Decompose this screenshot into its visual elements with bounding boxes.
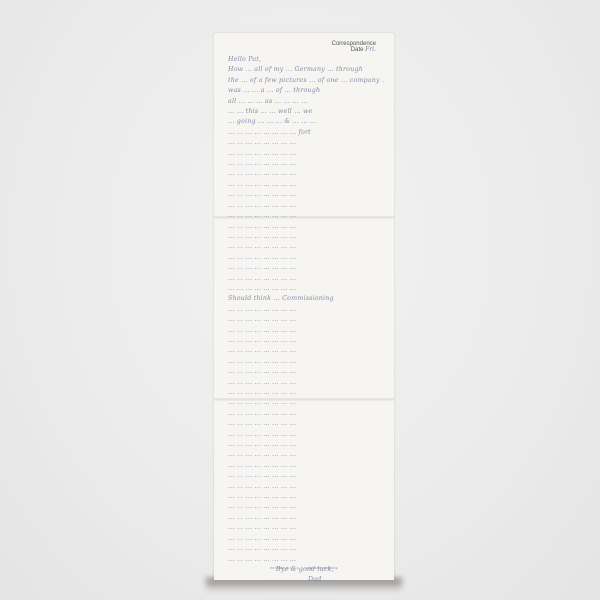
handwritten-line: ... ... ... ... ... ... ... ...: [228, 305, 384, 315]
handwritten-line: ... ... ... ... ... ... ... ... fort: [228, 128, 384, 138]
handwritten-line: ... ... ... ... ... ... ... ...: [228, 326, 384, 336]
handwritten-line: ... ... ... ... ... ... ... ...: [228, 398, 384, 408]
handwritten-line: ... ... ... ... ... ... ... ...: [228, 232, 384, 242]
signature: Dad: [308, 575, 384, 585]
handwritten-line: ... ... ... ... ... ... ... ...: [228, 284, 384, 294]
handwritten-line: ... ... ... ... ... ... ... ...: [228, 138, 384, 148]
handwritten-line: ... ... ... ... ... ... ... ...: [228, 357, 384, 367]
handwritten-line: ... ... ... ... ... ... ... ...: [228, 471, 384, 481]
handwritten-line: ... ... ... ... ... ... ... ...: [228, 555, 384, 565]
handwritten-line: ... going ... ... ... & ... ... ...: [228, 117, 384, 127]
handwritten-line: the ... of a few pictures ... of one ...…: [228, 76, 384, 86]
handwritten-line: ... ... ... ... ... ... ... ...: [228, 482, 384, 492]
handwritten-line: ... ... ... ... ... ... ... ...: [228, 492, 384, 502]
handwritten-line: ... ... ... ... ... ... ... ...: [228, 315, 384, 325]
handwritten-line: ... ... ... ... ... ... ... ...: [228, 263, 384, 273]
handwritten-line: ... ... ... ... ... ... ... ...: [228, 430, 384, 440]
handwritten-line: ... ... ... ... ... ... ... ...: [228, 253, 384, 263]
handwritten-line: ... ... ... ... ... ... ... ...: [228, 440, 384, 450]
letter-paper: Correspondence Date Fri. Hello Pat, How …: [214, 33, 394, 580]
handwritten-line: ... ... ... ... ... ... ... ...: [228, 180, 384, 190]
handwritten-line: ... ... ... ... ... ... ... ...: [228, 274, 384, 284]
handwritten-line: ... ... ... ... ... ... ... ...: [228, 190, 384, 200]
handwritten-line: ... ... ... ... ... ... ... ...: [228, 201, 384, 211]
handwritten-line: ... ... ... ... ... ... ... ...: [228, 534, 384, 544]
handwritten-line: ... ... ... ... ... ... ... ...: [228, 149, 384, 159]
handwritten-line: ... ... ... ... ... ... ... ...: [228, 461, 384, 471]
handwritten-line: ... ... ... ... ... ... ... ...: [228, 222, 384, 232]
handwritten-line: ... ... ... ... ... ... ... ...: [228, 211, 384, 221]
handwritten-line: Should think ... Commissioning: [228, 294, 384, 304]
date-value: Fri.: [365, 46, 376, 53]
letter-header: Correspondence Date Fri.: [332, 41, 376, 53]
handwritten-line: ... ... ... ... ... ... ... ...: [228, 450, 384, 460]
handwritten-line: ... ... ... ... ... ... ... ...: [228, 523, 384, 533]
handwritten-line: How ... all of my ... Germany ... throug…: [228, 65, 384, 75]
handwritten-line: ... ... ... ... ... ... ... ...: [228, 346, 384, 356]
handwritten-line: ... ... ... ... ... ... ... ...: [228, 419, 384, 429]
handwritten-line: ... ... ... ... ... ... ... ...: [228, 336, 384, 346]
handwritten-line: ... ... this ... ... well ... we: [228, 107, 384, 117]
handwritten-line: all ... ... ... as ... ... ... ...: [228, 97, 384, 107]
handwritten-line: ... ... ... ... ... ... ... ...: [228, 378, 384, 388]
handwritten-line: ... ... ... ... ... ... ... ...: [228, 502, 384, 512]
handwritten-line: ... ... ... ... ... ... ... ...: [228, 544, 384, 554]
footer-print: PRINTED IN U.S.A. ... CORRESPONDENCE: [214, 566, 394, 570]
handwritten-line: ... ... ... ... ... ... ... ...: [228, 367, 384, 377]
date-label: Date: [351, 47, 364, 53]
handwritten-line: ... ... ... ... ... ... ... ...: [228, 513, 384, 523]
handwritten-line: ... ... ... ... ... ... ... ...: [228, 159, 384, 169]
handwritten-line: ... ... ... ... ... ... ... ...: [228, 388, 384, 398]
handwritten-line: was ... ... a ... of ... through: [228, 86, 384, 96]
salutation: Hello Pat,: [228, 55, 384, 65]
letter-body: Hello Pat, How ... all of my ... Germany…: [228, 55, 384, 586]
handwritten-line: ... ... ... ... ... ... ... ...: [228, 242, 384, 252]
handwritten-line: ... ... ... ... ... ... ... ...: [228, 409, 384, 419]
handwritten-line: ... ... ... ... ... ... ... ...: [228, 169, 384, 179]
